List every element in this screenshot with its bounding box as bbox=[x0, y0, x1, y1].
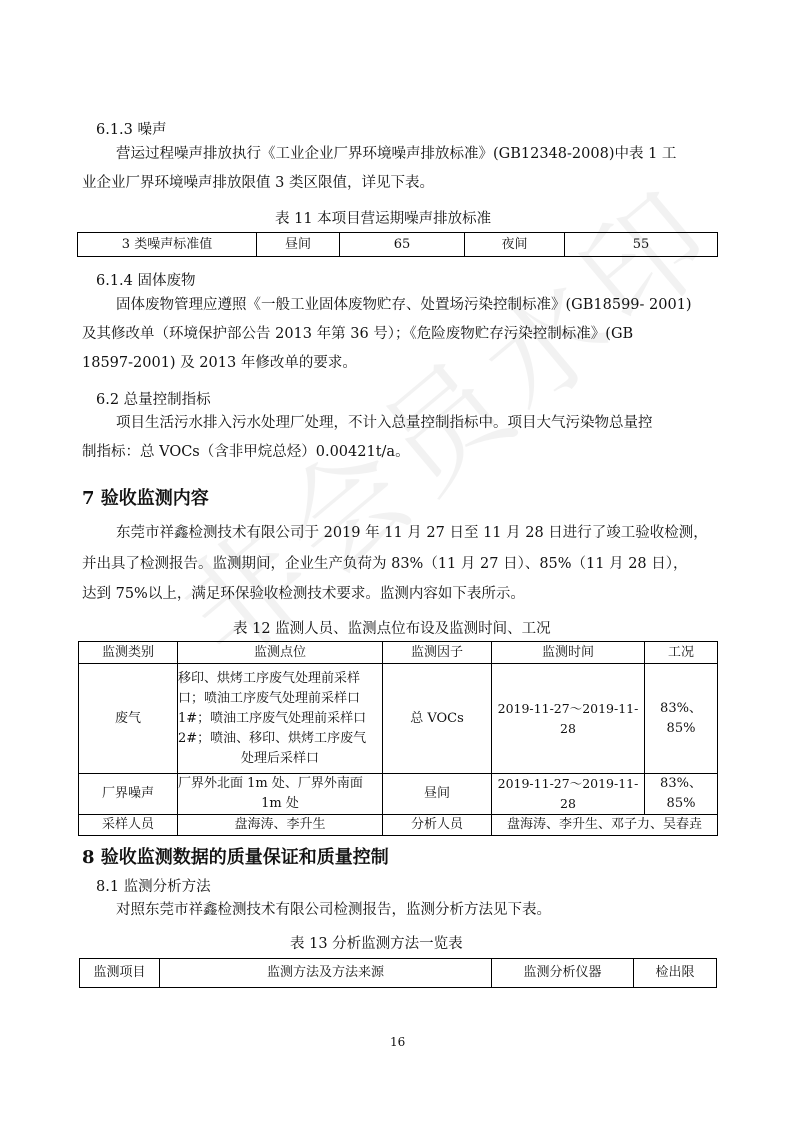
table11-caption: 表 11 本项目营运期噪声排放标准 bbox=[275, 207, 491, 228]
table12-row1-time: 2019-11-27～2019-11-28 bbox=[492, 664, 645, 774]
table11-cell-label: 3 类噪声标准值 bbox=[78, 233, 257, 257]
table12-row2-condition: 83%、85% bbox=[645, 774, 718, 815]
section-7-para-line1: 东莞市祥鑫检测技术有限公司于 2019 年 11 月 27 日至 11 月 28… bbox=[116, 519, 708, 548]
table13-header-limit: 检出限 bbox=[634, 959, 717, 988]
points-line: 厂界外北面 1m 处、厂界外南面 bbox=[178, 774, 382, 794]
points-line: 移印、烘烤工序废气处理前采样 bbox=[178, 669, 382, 689]
section-7-heading: 7 验收监测内容 bbox=[82, 484, 209, 510]
table11-cell-day-label: 昼间 bbox=[257, 233, 340, 257]
table12-header-factor: 监测因子 bbox=[383, 642, 492, 664]
section-6-1-4-heading: 6.1.4 固体废物 bbox=[96, 269, 196, 290]
section-6-1-3-para-line2: 业企业厂界环境噪声排放限值 3 类区限值，详见下表。 bbox=[82, 169, 434, 198]
points-line: 1m 处 bbox=[178, 794, 382, 814]
section-6-2-para-line2: 制指标：总 VOCs（含非甲烷总烃）0.00421t/a。 bbox=[82, 438, 410, 467]
section-6-1-4-para-line3: 18597-2001) 及 2013 年修改单的要求。 bbox=[82, 349, 357, 378]
page-number: 16 bbox=[390, 1035, 405, 1049]
table12-row1-points: 移印、烘烤工序废气处理前采样 口；喷油工序废气处理前采样口 1#；喷油工序废气处… bbox=[178, 664, 383, 774]
section-6-1-3-heading: 6.1.3 噪声 bbox=[96, 118, 167, 139]
table12: 监测类别 监测点位 监测因子 监测时间 工况 废气 移印、烘烤工序废气处理前采样… bbox=[78, 641, 718, 836]
table12-row2-factor: 昼间 bbox=[383, 774, 492, 815]
points-line: 2#；喷油、移印、烘烤工序废气 bbox=[178, 729, 382, 749]
table12-row2-points: 厂界外北面 1m 处、厂界外南面 1m 处 bbox=[178, 774, 383, 815]
table-header-row: 监测项目 监测方法及方法来源 监测分析仪器 检出限 bbox=[80, 959, 717, 988]
table12-analysts: 盘海涛、李升生、邓子力、吴春垚 bbox=[492, 815, 718, 836]
table12-row2-category: 厂界噪声 bbox=[79, 774, 178, 815]
section-7-para-line2: 并出具了检测报告。监测期间，企业生产负荷为 83%（11 月 27 日）、85%… bbox=[82, 550, 688, 579]
table12-analyst-label: 分析人员 bbox=[383, 815, 492, 836]
points-line: 口；喷油工序废气处理前采样口 bbox=[178, 689, 382, 709]
table13-caption: 表 13 分析监测方法一览表 bbox=[290, 932, 463, 953]
table-row: 废气 移印、烘烤工序废气处理前采样 口；喷油工序废气处理前采样口 1#；喷油工序… bbox=[79, 664, 718, 774]
section-7-para-line3: 达到 75%以上，满足环保验收检测技术要求。监测内容如下表所示。 bbox=[82, 580, 525, 609]
table-footer-row: 采样人员 盘海涛、李升生 分析人员 盘海涛、李升生、邓子力、吴春垚 bbox=[79, 815, 718, 836]
table13: 监测项目 监测方法及方法来源 监测分析仪器 检出限 bbox=[79, 958, 717, 988]
table12-header-time: 监测时间 bbox=[492, 642, 645, 664]
section-6-1-3-para-line1: 营运过程噪声排放执行《工业企业厂界环境噪声排放标准》(GB12348-2008)… bbox=[116, 140, 676, 169]
section-6-1-4-para-line1: 固体废物管理应遵照《一般工业固体废物贮存、处置场污染控制标准》(GB18599-… bbox=[116, 291, 692, 320]
table12-header-points: 监测点位 bbox=[178, 642, 383, 664]
table-row: 厂界噪声 厂界外北面 1m 处、厂界外南面 1m 处 昼间 2019-11-27… bbox=[79, 774, 718, 815]
table13-header-instrument: 监测分析仪器 bbox=[492, 959, 634, 988]
table11-cell-night-value: 55 bbox=[565, 233, 718, 257]
points-line: 处理后采样口 bbox=[178, 749, 382, 769]
table12-row1-condition: 83%、85% bbox=[645, 664, 718, 774]
table12-header-condition: 工况 bbox=[645, 642, 718, 664]
table-header-row: 监测类别 监测点位 监测因子 监测时间 工况 bbox=[79, 642, 718, 664]
section-8-heading: 8 验收监测数据的质量保证和质量控制 bbox=[82, 843, 389, 869]
table11-cell-night-label: 夜间 bbox=[465, 233, 565, 257]
table11: 3 类噪声标准值 昼间 65 夜间 55 bbox=[77, 232, 718, 257]
section-8-1-heading: 8.1 监测分析方法 bbox=[96, 875, 211, 896]
table12-header-category: 监测类别 bbox=[79, 642, 178, 664]
table11-cell-day-value: 65 bbox=[340, 233, 465, 257]
table12-row1-category: 废气 bbox=[79, 664, 178, 774]
table12-caption: 表 12 监测人员、监测点位布设及监测时间、工况 bbox=[233, 617, 551, 638]
section-6-2-heading: 6.2 总量控制指标 bbox=[96, 388, 211, 409]
table12-samplers: 盘海涛、李升生 bbox=[178, 815, 383, 836]
section-8-1-para: 对照东莞市祥鑫检测技术有限公司检测报告，监测分析方法见下表。 bbox=[116, 896, 551, 925]
table12-row1-factor: 总 VOCs bbox=[383, 664, 492, 774]
section-6-2-para-line1: 项目生活污水排入污水处理厂处理，不计入总量控制指标中。项目大气污染物总量控 bbox=[116, 409, 653, 438]
table13-header-method: 监测方法及方法来源 bbox=[160, 959, 492, 988]
table13-header-item: 监测项目 bbox=[80, 959, 160, 988]
points-line: 1#；喷油工序废气处理前采样口 bbox=[178, 709, 382, 729]
table-row: 3 类噪声标准值 昼间 65 夜间 55 bbox=[78, 233, 718, 257]
table12-sampler-label: 采样人员 bbox=[79, 815, 178, 836]
table12-row2-time: 2019-11-27～2019-11-28 bbox=[492, 774, 645, 815]
section-6-1-4-para-line2: 及其修改单（环境保护部公告 2013 年第 36 号）；《危险废物贮存污染控制标… bbox=[82, 320, 633, 349]
